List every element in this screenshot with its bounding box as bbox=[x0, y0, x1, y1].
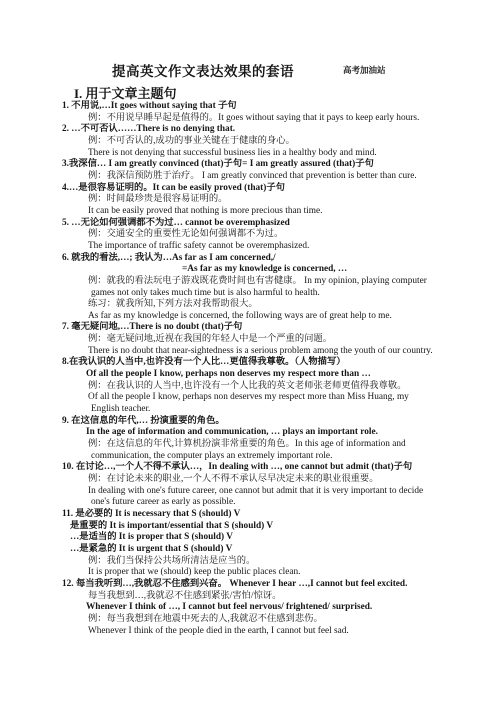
document-page: 提高英文作文表达效果的套语 高考加油站 I. 用于文章主题句 1. 不用说,…I… bbox=[0, 0, 500, 707]
item-line: 每当我想到…,我就忍不住感到紧张/害怕/惊讶。 bbox=[88, 591, 480, 603]
item-head: 12. 每当我听到…,我就忍不住感到兴奋。 Whenever I hear …,… bbox=[62, 579, 480, 591]
item-line: As far as my knowledge is concerned, the… bbox=[88, 311, 480, 323]
item-line: games not only takes much time but is al… bbox=[91, 288, 480, 300]
item-line: one's future career as early as possible… bbox=[91, 497, 480, 509]
item-line: 练习：就我所知,下列方法对我帮助很大。 bbox=[88, 299, 480, 311]
item-line: There is no doubt that near-sightedness … bbox=[88, 346, 480, 358]
item-line: 例：不用说早睡早起是值得的。It goes without saying tha… bbox=[88, 113, 480, 125]
item-11: 11. 是必要的 It is necessary that S (should)… bbox=[62, 509, 480, 579]
item-line: 例：每当我想到在地震中死去的人,我就忍不住感到悲伤。 bbox=[88, 614, 480, 626]
item-line: 例：在讨论未来的职业,一个人不得不承认尽早决定未来的职业很重要。 bbox=[88, 474, 480, 486]
item-line: It can be easily proved that nothing is … bbox=[88, 206, 480, 218]
item-line: 例：交通安全的重要性无论如何强调都不为过。 bbox=[88, 229, 480, 241]
item-line: …是紧急的 It is urgent that S (should) V bbox=[70, 544, 480, 556]
item-line: 例：我深信预防胜于治疗。 I am greatly convinced that… bbox=[88, 171, 480, 183]
watermark-badge: 高考加油站 bbox=[343, 64, 386, 76]
item-8: 8.在我认识的人当中,也许没有一个人比…更值得我尊敬。（人物描写）Of all … bbox=[62, 357, 480, 415]
document-title: 提高英文作文表达效果的套语 bbox=[112, 60, 294, 80]
item-head: 4.…是很容易证明的。It can be easily proved (that… bbox=[62, 183, 480, 195]
item-line: Whenever I think of the people died in t… bbox=[88, 626, 480, 638]
item-head: 6. 就我的看法,…; 我认为…As far as I am concerned… bbox=[62, 253, 480, 265]
item-line: 例：在这信息的年代,计算机扮演非常重要的角色。In this age of in… bbox=[88, 439, 480, 451]
item-line: 例：就我的看法玩电子游戏既花费时间也有害健康。 In my opinion, p… bbox=[88, 276, 480, 288]
item-line: 是重要的 It is important/essential that S (s… bbox=[70, 521, 480, 533]
item-line: In the age of information and communicat… bbox=[86, 427, 480, 439]
item-line: Whenever I think of …, I cannot but feel… bbox=[86, 602, 480, 614]
item-10: 10. 在讨论…,一个人不得不承认…，In dealing with …, on… bbox=[62, 462, 480, 509]
item-line: 例：在我认识的人当中,也许没有一个人比我的英文老师张老师更值得我尊敬。 bbox=[88, 381, 480, 393]
item-line: 例：不可否认的,成功的事业关键在于健康的身心。 bbox=[88, 136, 480, 148]
item-5: 5. …无论如何强调都不为过… cannot be overemphasized… bbox=[62, 218, 480, 253]
item-line: There is not denying that successful bus… bbox=[88, 148, 480, 160]
item-6: 6. 就我的看法,…; 我认为…As far as I am concerned… bbox=[62, 253, 480, 323]
item-4: 4.…是很容易证明的。It can be easily proved (that… bbox=[62, 183, 480, 218]
item-line: …是适当的 It is proper that S (should) V bbox=[70, 532, 480, 544]
item-2: 2. …不可否认……There is no denying that.例：不可否… bbox=[62, 124, 480, 159]
section-heading: I. 用于文章主题句 bbox=[74, 83, 177, 102]
item-line: =As far as my knowledge is concerned, … bbox=[182, 264, 480, 276]
item-line: In dealing with one's future career, one… bbox=[88, 486, 480, 498]
item-1: 1. 不用说,…It goes without saying that 子句例：… bbox=[62, 101, 480, 124]
item-line: 例：时间最珍贵是很容易证明的。 bbox=[88, 194, 480, 206]
item-line: Of all the people I know, perhaps non de… bbox=[88, 392, 480, 404]
item-head: 11. 是必要的 It is necessary that S (should)… bbox=[62, 509, 480, 521]
item-line: It is proper that we (should) keep the p… bbox=[88, 567, 480, 579]
item-line: 例：我们当保持公共场所清洁是应当的。 bbox=[88, 556, 480, 568]
item-head: 5. …无论如何强调都不为过… cannot be overemphasized bbox=[62, 218, 480, 230]
item-7: 7. 毫无疑问地,…There is no doubt (that)子句例：毫无… bbox=[62, 322, 480, 357]
item-head: 3.我深信… I am greatly convinced (that)子句= … bbox=[62, 159, 480, 171]
item-9: 9. 在这信息的年代,… 扮演重要的角色。In the age of infor… bbox=[62, 416, 480, 463]
item-head: 8.在我认识的人当中,也许没有一个人比…更值得我尊敬。（人物描写） bbox=[62, 357, 480, 369]
item-head: 9. 在这信息的年代,… 扮演重要的角色。 bbox=[62, 416, 480, 428]
item-line: The importance of traffic safety cannot … bbox=[88, 241, 480, 253]
item-3: 3.我深信… I am greatly convinced (that)子句= … bbox=[62, 159, 480, 182]
item-head: 10. 在讨论…,一个人不得不承认…，In dealing with …, on… bbox=[62, 462, 480, 474]
item-12: 12. 每当我听到…,我就忍不住感到兴奋。 Whenever I hear …,… bbox=[62, 579, 480, 637]
item-line: Of all the people I know, perhaps non de… bbox=[86, 369, 480, 381]
item-line: 例：毫无疑问地,近视在我国的年轻人中是一个严重的问题。 bbox=[88, 334, 480, 346]
item-line: English teacher. bbox=[91, 404, 480, 416]
items: 1. 不用说,…It goes without saying that 子句例：… bbox=[62, 101, 480, 637]
item-head: 1. 不用说,…It goes without saying that 子句 bbox=[62, 101, 480, 113]
item-head: 7. 毫无疑问地,…There is no doubt (that)子句 bbox=[62, 322, 480, 334]
item-line: communication, the computer plays an ext… bbox=[91, 451, 480, 463]
item-head: 2. …不可否认……There is no denying that. bbox=[62, 124, 480, 136]
